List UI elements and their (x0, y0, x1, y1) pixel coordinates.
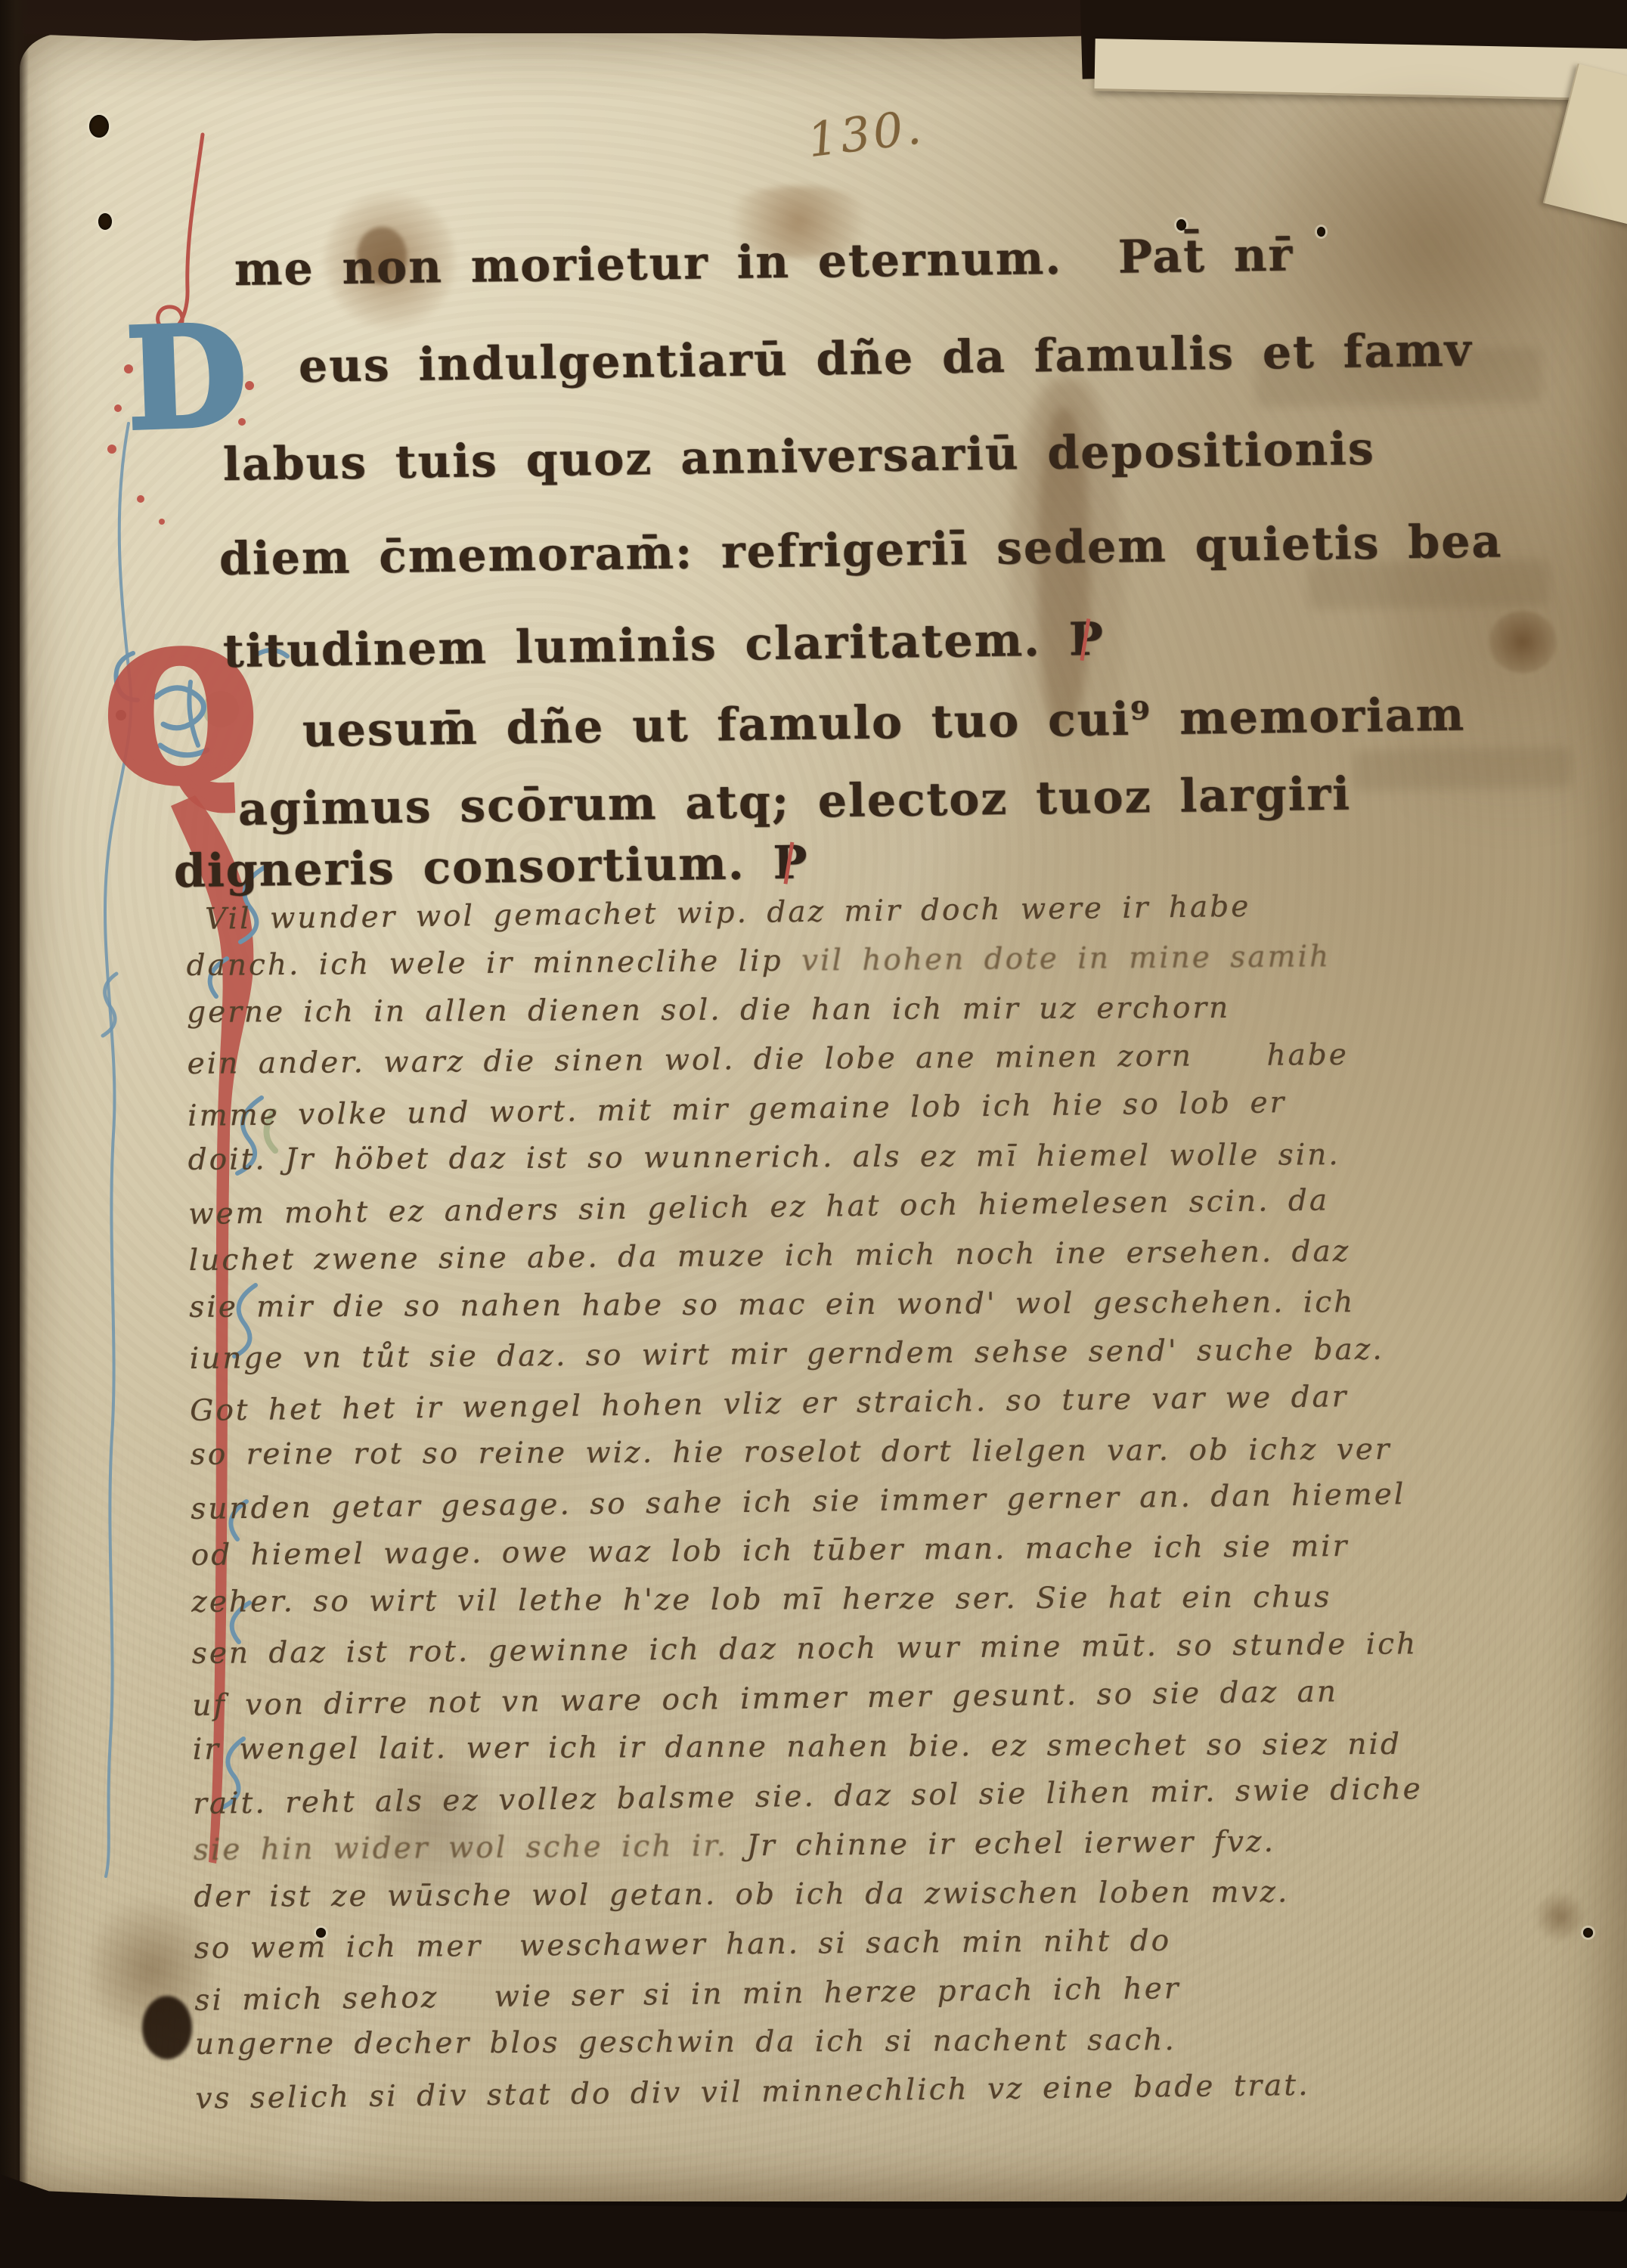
manuscript-photo: 130. D Q me non morietur in eternum. Pat… (0, 0, 1627, 2268)
binding-left-edge (0, 0, 29, 2268)
page-fold (1094, 39, 1627, 101)
paragraph-mark: P (1068, 613, 1105, 667)
german-line: der ist ze wūsche wol getan. ob ich da z… (194, 1874, 1547, 1929)
wormhole (1176, 219, 1186, 231)
wormhole (98, 213, 112, 230)
wormhole (1583, 1928, 1593, 1938)
paragraph-mark: P (773, 836, 809, 890)
german-line: sie hin wider wol sche ich ir. Jr chinne… (194, 1823, 1547, 1882)
german-line: gerne ich in allen dienen sol. die han i… (187, 990, 1540, 1045)
german-line: sie mir die so nahen habe so mac ein won… (189, 1284, 1542, 1340)
wormhole (89, 115, 109, 138)
german-line: zeher. so wirt vil lethe h'ze lob mī her… (191, 1579, 1545, 1634)
initial-d: D (125, 306, 249, 448)
german-text-block: Vil wunder wol gemachet wip. daz mir doc… (186, 889, 1549, 2128)
